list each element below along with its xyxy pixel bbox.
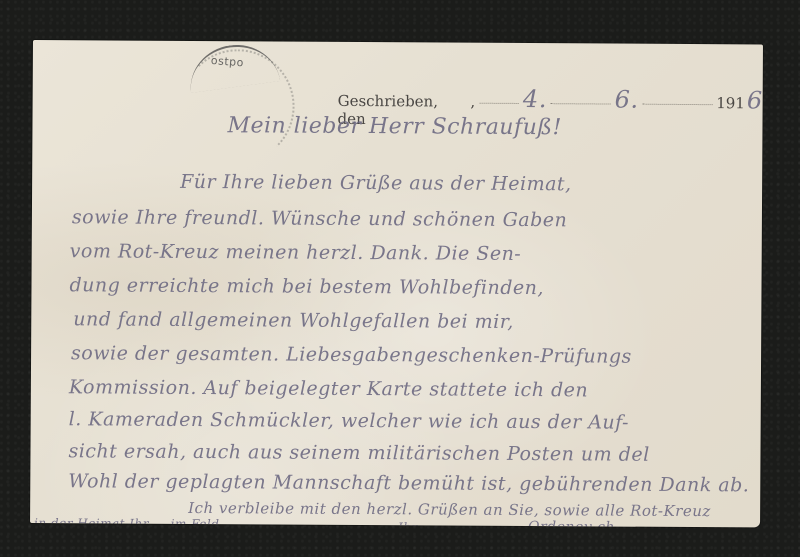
body-line: Für Ihre lieben Grüße aus der Heimat, [180, 173, 572, 194]
dotted-line [479, 102, 519, 104]
body-line: und fand allgemeinen Wohlgefallen bei mi… [73, 310, 514, 332]
body-line: Kommission. Auf beigelegter Karte statte… [69, 378, 588, 400]
handwritten-month: 6. [615, 86, 639, 114]
postmark-text: ostpo [210, 54, 244, 69]
body-line: vom Rot-Kreuz meinen herzl. Dank. Die Se… [70, 242, 522, 264]
closing-line: Ich verbleibe mit den herzl. Grüßen an S… [188, 499, 711, 520]
body-line: sowie Ihre freundl. Wünsche und schönen … [72, 208, 567, 230]
letter-body: Für Ihre lieben Grüße aus der Heimat, so… [70, 160, 760, 164]
handwritten-day: 4. [523, 85, 547, 113]
body-line: l. Kameraden Schmückler, welcher wie ich… [69, 410, 629, 432]
greeting: Mein lieber Herr Schraufuß! [227, 113, 562, 140]
body-line: sicht ersah, auch aus seinem militärisch… [68, 442, 649, 465]
dotted-line [643, 103, 713, 105]
postcard: ostpo Geschrieben, den, 4. 6. 191 6 Mein… [30, 40, 763, 527]
body-line: Wohl der geplagten Mannschaft bemüht ist… [68, 472, 749, 495]
body-line: dung erreichte mich bei bestem Wohlbefin… [69, 276, 544, 298]
handwritten-year-digit: 6 [747, 86, 763, 114]
body-line: sowie der gesamten. Liebesgabengeschenke… [71, 344, 632, 366]
dotted-line [551, 102, 611, 104]
printed-year-prefix: 191 [716, 94, 745, 112]
